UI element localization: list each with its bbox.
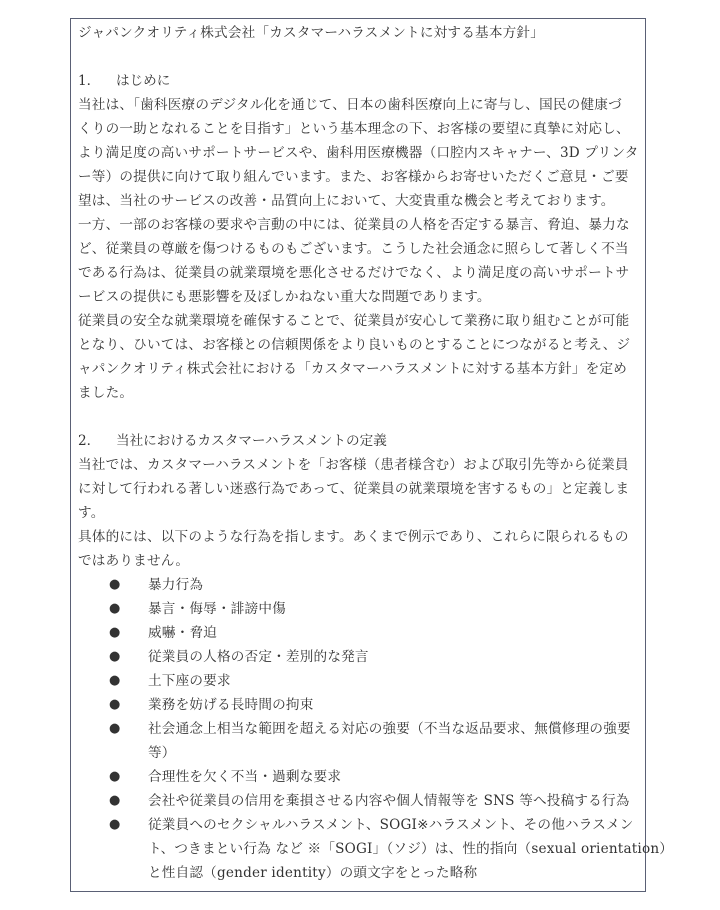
list-item: ●社会通念上相当な範囲を超える対応の強要（不当な返品要求、無償修理の強要等） xyxy=(78,717,636,765)
bullet-icon: ● xyxy=(109,693,119,717)
paragraph-line: 従業員の安全な就業環境を確保することで、従業員が安心して業務に取り組むことが可能 xyxy=(78,309,636,333)
paragraph-line: となり、ひいては、お客様との信頼関係をより良いものとすることにつながると考え、ジ xyxy=(78,333,636,357)
section-number: 1． xyxy=(78,69,116,93)
list-item-text: 従業員へのセクシャルハラスメント、SOGI※ハラスメント、その他ハラスメン xyxy=(148,813,636,837)
list-item-text: 従業員の人格の否定・差別的な発言 xyxy=(148,649,369,665)
spacer xyxy=(78,405,636,429)
list-item-text: ト、つきまとい行為 など ※「SOGI」（ソジ）は、性的指向（sexual or… xyxy=(148,837,636,861)
bullet-icon: ● xyxy=(109,813,119,837)
list-item: ●暴言・侮辱・誹謗中傷 xyxy=(78,597,636,621)
bullet-icon: ● xyxy=(109,621,119,645)
bullet-icon: ● xyxy=(109,717,119,741)
list-item-text: と性自認（gender identity）の頭文字をとった略称 xyxy=(148,861,636,885)
paragraph-line: 望は、当社のサービスの改善・品質向上において、大変貴重な機会と考えております。 xyxy=(78,189,636,213)
section-number: 2． xyxy=(78,429,116,453)
list-item: ●合理性を欠く不当・過剰な要求 xyxy=(78,765,636,789)
paragraph-line: 当社では、カスタマーハラスメントを「お客様（患者様含む）および取引先等から従業員 xyxy=(78,453,636,477)
list-item: ●暴力行為 xyxy=(78,573,636,597)
paragraph-line: す。 xyxy=(78,501,636,525)
section-title: はじめに xyxy=(116,73,170,89)
list-item: ● 従業員へのセクシャルハラスメント、SOGI※ハラスメント、その他ハラスメン … xyxy=(78,813,636,885)
harassment-examples-list: ●暴力行為 ●暴言・侮辱・誹謗中傷 ●威嚇・脅迫 ●従業員の人格の否定・差別的な… xyxy=(78,573,636,885)
bullet-icon: ● xyxy=(109,597,119,621)
list-item-text: 土下座の要求 xyxy=(148,673,231,689)
section-title: 当社におけるカスタマーハラスメントの定義 xyxy=(116,433,387,449)
list-item: ●土下座の要求 xyxy=(78,669,636,693)
section-2-body: 当社では、カスタマーハラスメントを「お客様（患者様含む）および取引先等から従業員… xyxy=(78,453,636,573)
paragraph-line: ャパンクオリティ株式会社における「カスタマーハラスメントに対する基本方針」を定め xyxy=(78,357,636,381)
document-frame: ジャパンクオリティ株式会社「カスタマーハラスメントに対する基本方針」 1．はじめ… xyxy=(70,18,646,892)
paragraph-line: に対して行われる著しい迷惑行為であって、従業員の就業環境を害するもの」と定義しま xyxy=(78,477,636,501)
list-item: ●威嚇・脅迫 xyxy=(78,621,636,645)
bullet-icon: ● xyxy=(109,573,119,597)
paragraph-line: ど、従業員の尊厳を傷つけるものもございます。こうした社会通念に照らして著しく不当 xyxy=(78,237,636,261)
paragraph-line: ました。 xyxy=(78,381,636,405)
section-2-heading: 2．当社におけるカスタマーハラスメントの定義 xyxy=(78,429,636,453)
bullet-icon: ● xyxy=(109,765,119,789)
list-item-text: 業務を妨げる長時間の拘束 xyxy=(148,697,314,713)
paragraph-line: くりの一助となれることを目指す」という基本理念の下、お客様の要望に真摯に対応し、 xyxy=(78,117,636,141)
paragraph-line: 当社は、「歯科医療のデジタル化を通じて、日本の歯科医療向上に寄与し、国民の健康づ xyxy=(78,93,636,117)
list-item-text: 社会通念上相当な範囲を超える対応の強要（不当な返品要求、無償修理の強要等） xyxy=(148,721,631,761)
list-item-text: 威嚇・脅迫 xyxy=(148,625,217,641)
spacer xyxy=(78,45,636,69)
list-item: ●業務を妨げる長時間の拘束 xyxy=(78,693,636,717)
paragraph-line: ービスの提供にも悪影響を及ぼしかねない重大な問題であります。 xyxy=(78,285,636,309)
paragraph-line: より満足度の高いサポートサービスや、歯科用医療機器（口腔内スキャナー、3D プリ… xyxy=(78,141,636,165)
bullet-icon: ● xyxy=(109,789,119,813)
paragraph-line: 一方、一部のお客様の要求や言動の中には、従業員の人格を否定する暴言、脅迫、暴力な xyxy=(78,213,636,237)
list-item: ●会社や従業員の信用を棄損させる内容や個人情報等を SNS 等へ投稿する行為 xyxy=(78,789,636,813)
list-item-text: 会社や従業員の信用を棄損させる内容や個人情報等を SNS 等へ投稿する行為 xyxy=(148,793,630,809)
section-1-heading: 1．はじめに xyxy=(78,69,636,93)
list-item: ●従業員の人格の否定・差別的な発言 xyxy=(78,645,636,669)
list-item-text: 暴言・侮辱・誹謗中傷 xyxy=(148,601,286,617)
document-title: ジャパンクオリティ株式会社「カスタマーハラスメントに対する基本方針」 xyxy=(78,21,636,45)
section-1-body: 当社は、「歯科医療のデジタル化を通じて、日本の歯科医療向上に寄与し、国民の健康づ… xyxy=(78,93,636,405)
list-item-text: 暴力行為 xyxy=(148,577,203,593)
list-item-text: 合理性を欠く不当・過剰な要求 xyxy=(148,769,341,785)
bullet-icon: ● xyxy=(109,669,119,693)
paragraph-line: ー等）の提供に向けて取り組んでいます。また、お客様からお寄せいただくご意見・ご要 xyxy=(78,165,636,189)
bullet-icon: ● xyxy=(109,645,119,669)
paragraph-line: 具体的には、以下のような行為を指します。あくまで例示であり、これらに限られるもの xyxy=(78,525,636,549)
paragraph-line: である行為は、従業員の就業環境を悪化させるだけでなく、より満足度の高いサポートサ xyxy=(78,261,636,285)
paragraph-line: ではありません。 xyxy=(78,549,636,573)
